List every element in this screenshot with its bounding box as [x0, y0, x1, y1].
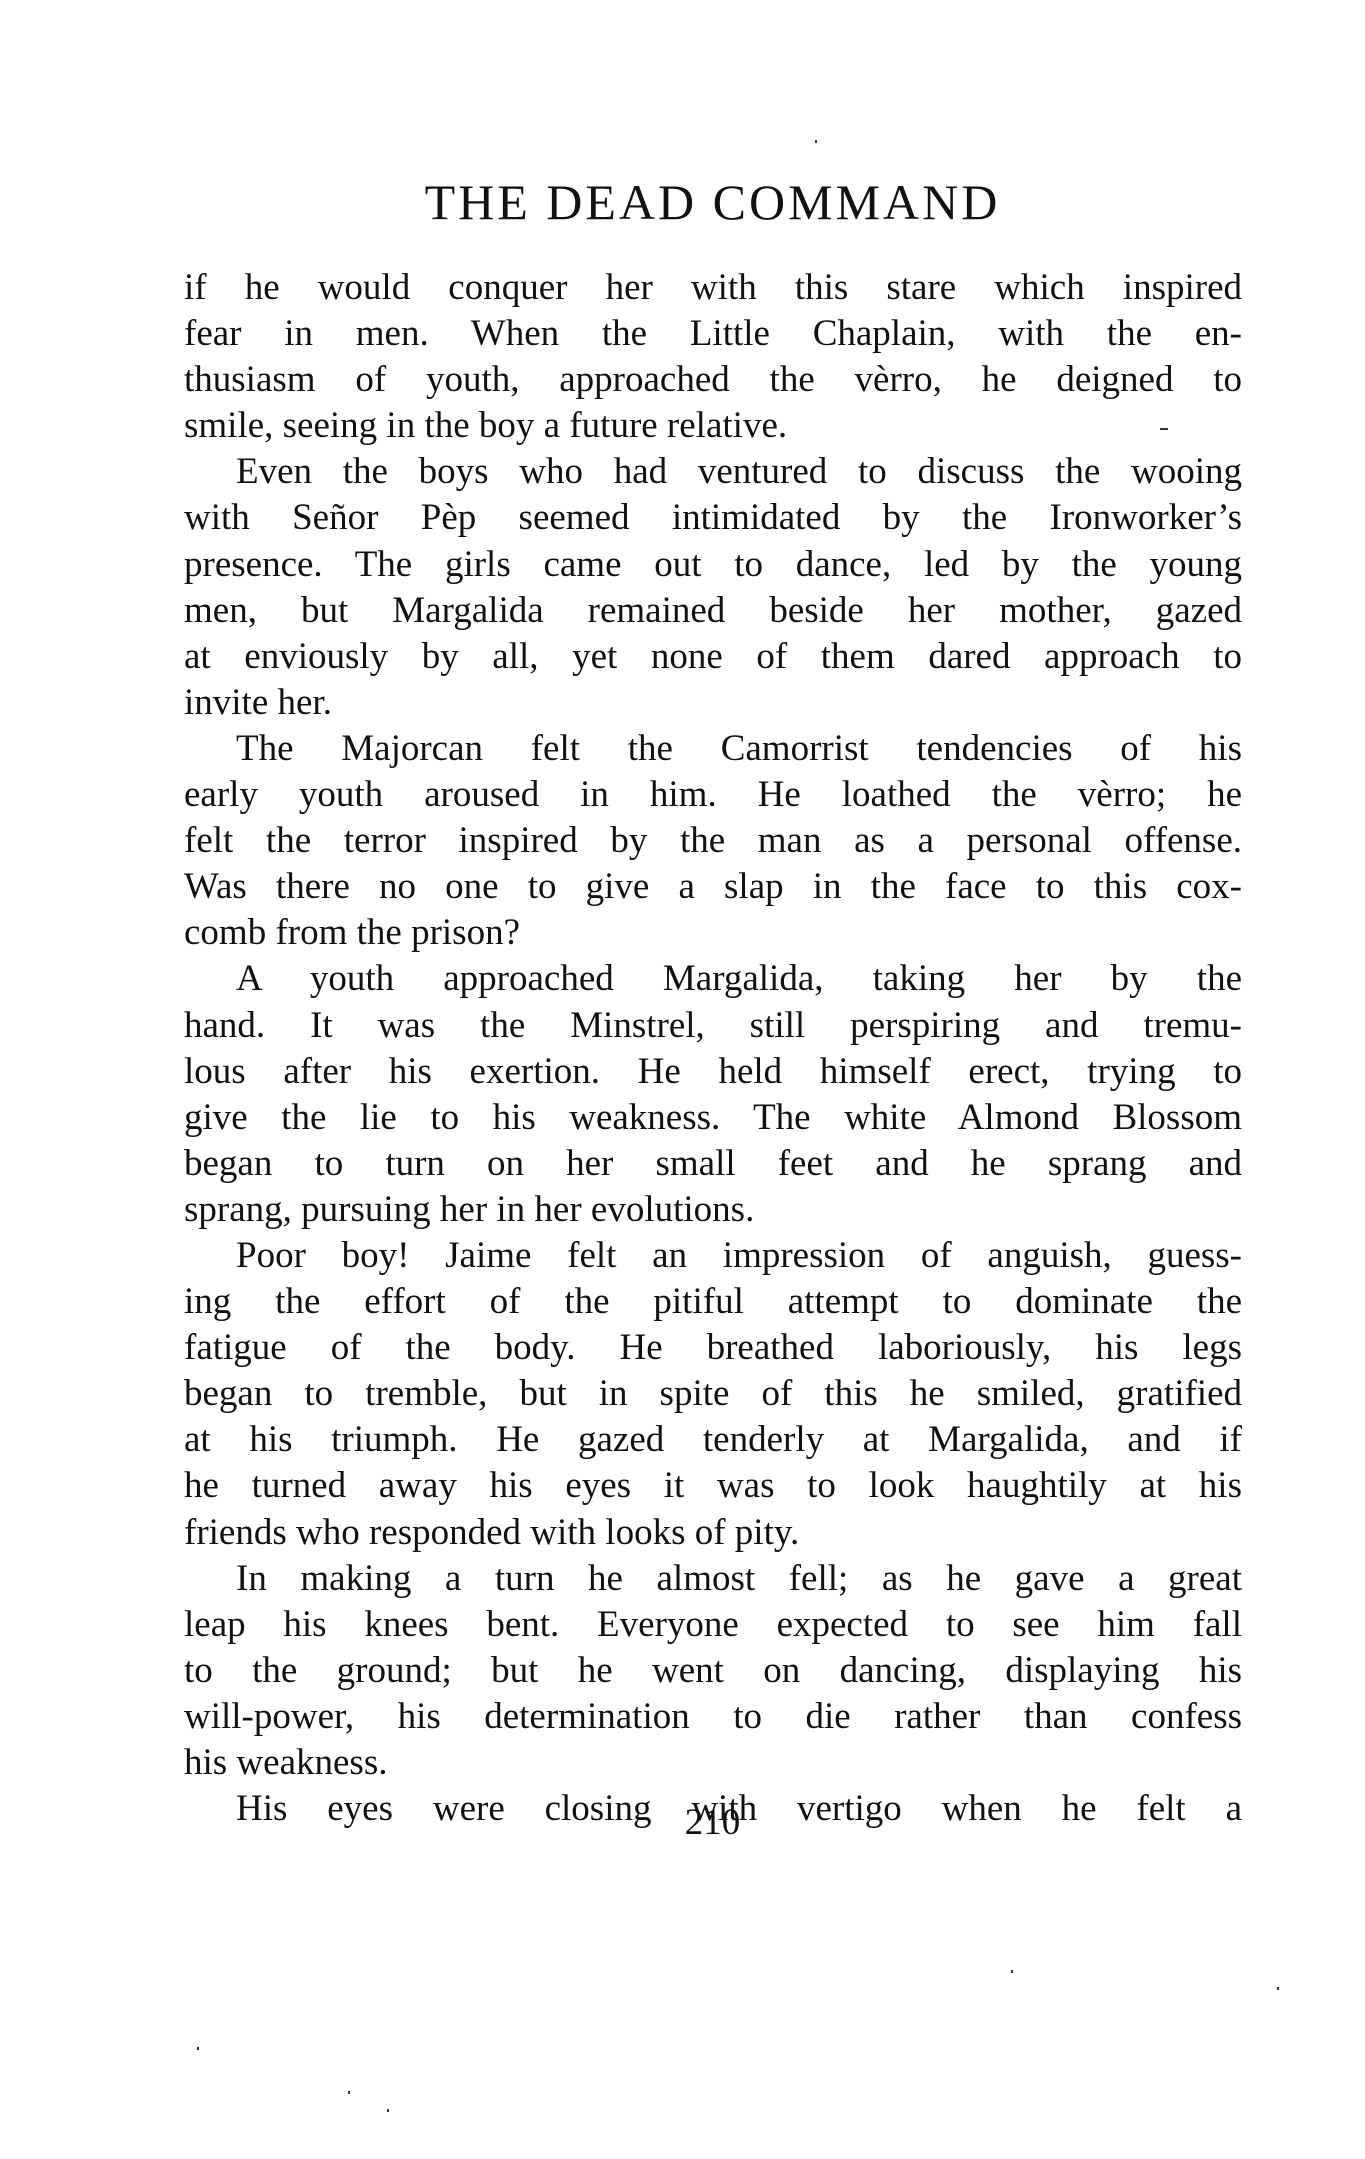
text-line: fatigue of the body. He breathed laborio… [184, 1325, 1242, 1371]
body-text: if he would conquer her with this stare … [184, 265, 1242, 1832]
text-line: began to turn on her small feet and he s… [184, 1141, 1242, 1187]
text-line: will-power, his determination to die rat… [184, 1694, 1242, 1740]
scan-speck [1160, 428, 1168, 430]
scan-speck [815, 140, 817, 143]
text-line: his weakness. [184, 1740, 1242, 1786]
scan-speck [1277, 1987, 1279, 1990]
text-line: friends who responded with looks of pity… [184, 1510, 1242, 1556]
text-line: ing the effort of the pitiful attempt to… [184, 1279, 1242, 1325]
text-line: to the ground; but he went on dancing, d… [184, 1648, 1242, 1694]
text-line: hand. It was the Minstrel, still perspir… [184, 1003, 1242, 1049]
text-line: lous after his exertion. He held himself… [184, 1049, 1242, 1095]
text-line: leap his knees bent. Everyone expected t… [184, 1602, 1242, 1648]
scan-speck [387, 2109, 389, 2112]
book-page: THE DEAD COMMAND if he would conquer her… [0, 0, 1365, 2159]
text-line: with Señor Pèp seemed intimidated by the… [184, 495, 1242, 541]
text-line: sprang, pursuing her in her evolutions. [184, 1187, 1242, 1233]
text-line: A youth approached Margalida, taking her… [184, 956, 1242, 1002]
text-line: early youth aroused in him. He loathed t… [184, 772, 1242, 818]
text-line: fear in men. When the Little Chaplain, w… [184, 311, 1242, 357]
text-line: men, but Margalida remained beside her m… [184, 588, 1242, 634]
paragraph: Even the boys who had ventured to discus… [184, 449, 1242, 726]
text-line: Poor boy! Jaime felt an impression of an… [184, 1233, 1242, 1279]
text-line: smile, seeing in the boy a future relati… [184, 403, 1242, 449]
scan-speck [348, 2091, 350, 2094]
scan-speck [197, 2047, 199, 2050]
paragraph: if he would conquer her with this stare … [184, 265, 1242, 449]
text-line: Was there no one to give a slap in the f… [184, 864, 1242, 910]
text-line: presence. The girls came out to dance, l… [184, 542, 1242, 588]
text-line: thusiasm of youth, approached the vèrro,… [184, 357, 1242, 403]
text-line: invite her. [184, 680, 1242, 726]
text-line: Even the boys who had ventured to discus… [184, 449, 1242, 495]
text-line: he turned away his eyes it was to look h… [184, 1463, 1242, 1509]
page-number: 210 [0, 1800, 1365, 1846]
text-line: comb from the prison? [184, 910, 1242, 956]
paragraph: Poor boy! Jaime felt an impression of an… [184, 1233, 1242, 1556]
text-line: if he would conquer her with this stare … [184, 265, 1242, 311]
text-line: felt the terror inspired by the man as a… [184, 818, 1242, 864]
text-line: began to tremble, but in spite of this h… [184, 1371, 1242, 1417]
scan-speck [1011, 1970, 1013, 1973]
text-line: give the lie to his weakness. The white … [184, 1095, 1242, 1141]
text-line: In making a turn he almost fell; as he g… [184, 1556, 1242, 1602]
text-line: at his triumph. He gazed tenderly at Mar… [184, 1417, 1242, 1463]
text-line: at enviously by all, yet none of them da… [184, 634, 1242, 680]
running-head: THE DEAD COMMAND [0, 172, 1365, 232]
paragraph: In making a turn he almost fell; as he g… [184, 1556, 1242, 1786]
paragraph: A youth approached Margalida, taking her… [184, 956, 1242, 1233]
paragraph: The Majorcan felt the Camorrist tendenci… [184, 726, 1242, 956]
text-line: The Majorcan felt the Camorrist tendenci… [184, 726, 1242, 772]
